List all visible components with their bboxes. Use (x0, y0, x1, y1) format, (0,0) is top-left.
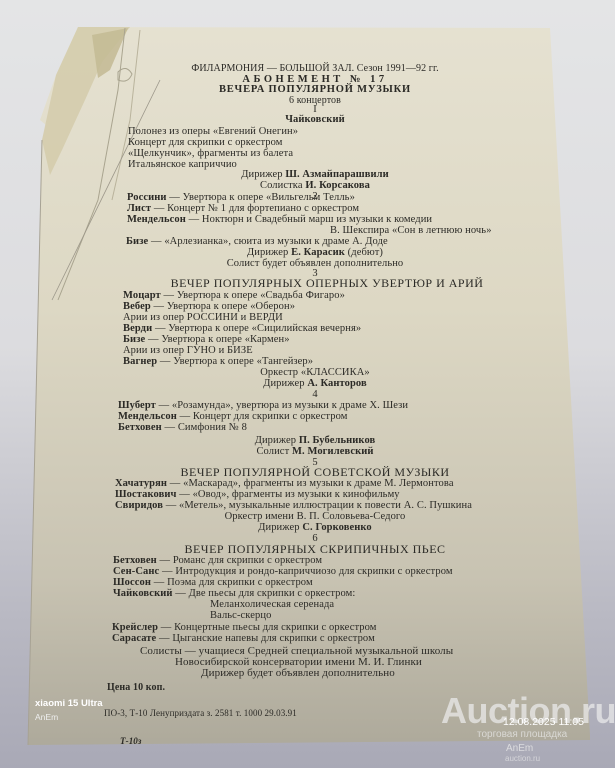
site-tagline: торговая площадка (477, 729, 567, 740)
program-item: Бетховен — Симфония № 8 (118, 422, 247, 434)
credit-line: Дирижер будет объявлен дополнительно (201, 667, 395, 679)
program-item: Сарасате — Цыганские напевы для скрипки … (112, 633, 375, 645)
price: Цена 10 коп. (107, 682, 165, 694)
photo-timestamp: 12.08.2025 11:05 (503, 716, 584, 728)
concert-1-composer: Чайковский (100, 114, 530, 126)
program-item: Вальс-скерцо (210, 610, 271, 622)
concert-3-title: ВЕЧЕР ПОПУЛЯРНЫХ ОПЕРНЫХ УВЕРТЮР И АРИЙ (112, 277, 542, 289)
concert-6-title: ВЕЧЕР ПОПУЛЯРНЫХ СКРИПИЧНЫХ ПЬЕС (100, 543, 530, 555)
handwritten-note: Т-10з (120, 735, 142, 747)
camera-user-label: AnEm (35, 712, 58, 722)
print-imprint: ПО-3, Т-10 Ленуприздата з. 2581 т. 1000 … (104, 707, 297, 719)
site-domain: auction.ru (505, 754, 540, 763)
site-user: AnEm (506, 743, 533, 754)
camera-model-label: xiaomi 15 Ultra (35, 698, 103, 709)
concert-5-title: ВЕЧЕР ПОПУЛЯРНОЙ СОВЕТСКОЙ МУЗЫКИ (100, 466, 530, 478)
